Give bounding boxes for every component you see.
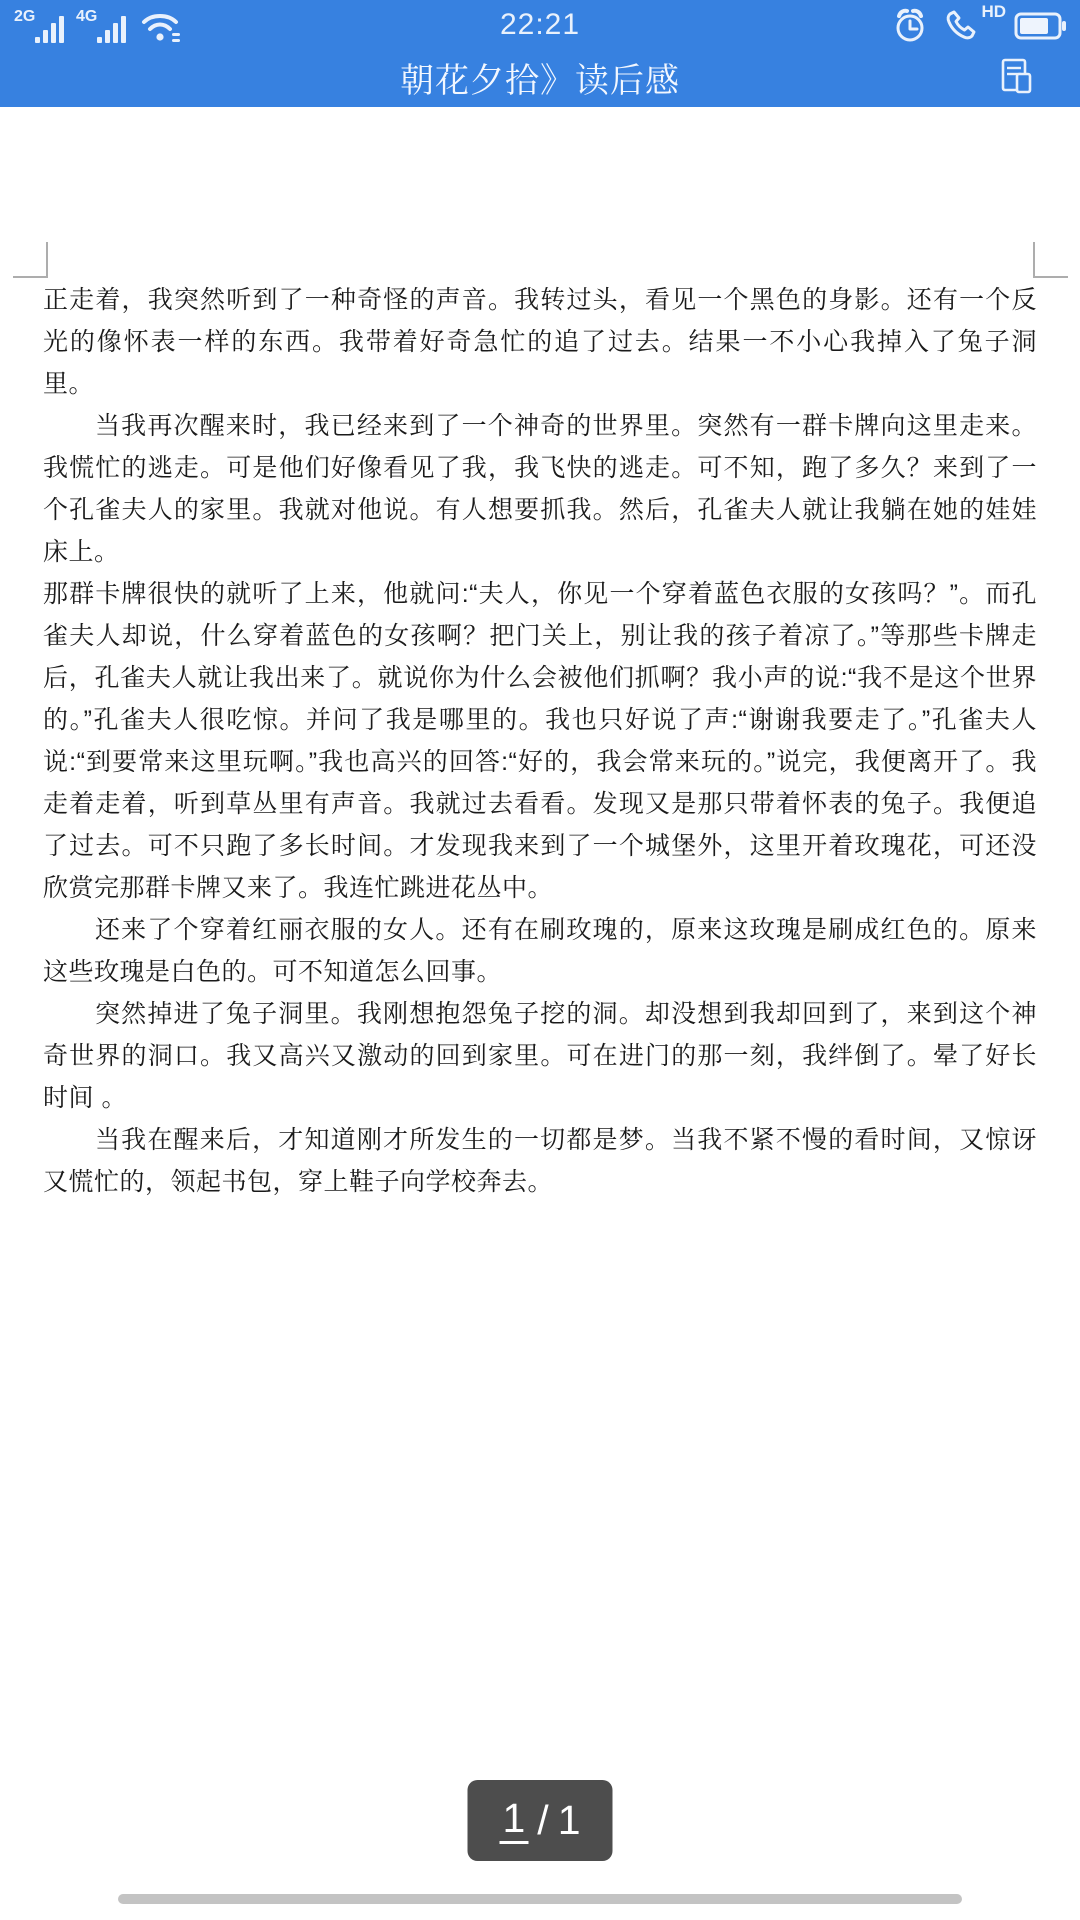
current-page: 1: [499, 1797, 528, 1844]
page-margin-mark-left: [13, 242, 48, 278]
mobile-view-icon[interactable]: [992, 52, 1040, 100]
app-header: 2G 4G 22:21: [0, 0, 1080, 107]
title-bar: 朝花夕拾》读后感: [0, 48, 1080, 107]
volte-phone-icon: HD: [942, 6, 980, 46]
alarm-clock-icon: [890, 6, 930, 46]
signal-4g-icon: 4G: [76, 8, 128, 46]
status-left-icons: 2G 4G: [14, 6, 186, 46]
status-right-icons: HD: [890, 6, 1066, 46]
battery-icon: [1014, 11, 1066, 41]
wifi-icon: [138, 6, 186, 46]
document-body: 正走着，我突然听到了一种奇怪的声音。我转过头，看见一个黑色的身影。还有一个反光的…: [43, 279, 1037, 1203]
document-paragraph: 当我再次醒来时，我已经来到了一个神奇的世界里。突然有一群卡牌向这里走来。我慌忙的…: [43, 405, 1037, 573]
document-paragraph: 当我在醒来后，才知道刚才所发生的一切都是梦。当我不紧不慢的看时间，又惊讶又慌忙的…: [43, 1119, 1037, 1203]
home-indicator[interactable]: [118, 1894, 962, 1904]
page-separator: /: [537, 1797, 548, 1844]
signal-2g-icon: 2G: [14, 8, 66, 46]
status-bar: 2G 4G 22:21: [0, 0, 1080, 48]
document-paragraph: 正走着，我突然听到了一种奇怪的声音。我转过头，看见一个黑色的身影。还有一个反光的…: [43, 279, 1037, 405]
sim1-label: 2G: [14, 8, 35, 26]
document-title: 朝花夕拾》读后感: [400, 53, 680, 102]
total-pages: 1: [558, 1797, 581, 1844]
sim2-label: 4G: [76, 8, 97, 26]
document-paragraph: 那群卡牌很快的就听了上来，他就问:“夫人，你见一个穿着蓝色衣服的女孩吗？”。而孔…: [43, 573, 1037, 909]
page-margin-mark-right: [1033, 242, 1068, 278]
document-page[interactable]: 正走着，我突然听到了一种奇怪的声音。我转过头，看见一个黑色的身影。还有一个反光的…: [0, 107, 1080, 1920]
document-paragraph: 突然掉进了兔子洞里。我刚想抱怨兔子挖的洞。却没想到我却回到了，来到这个神奇世界的…: [43, 993, 1037, 1119]
document-paragraph: 还来了个穿着红丽衣服的女人。还有在刷玫瑰的，原来这玫瑰是刷成红色的。原来这些玫瑰…: [43, 909, 1037, 993]
page-indicator[interactable]: 1 / 1: [468, 1780, 613, 1861]
hd-label: HD: [981, 2, 1006, 22]
